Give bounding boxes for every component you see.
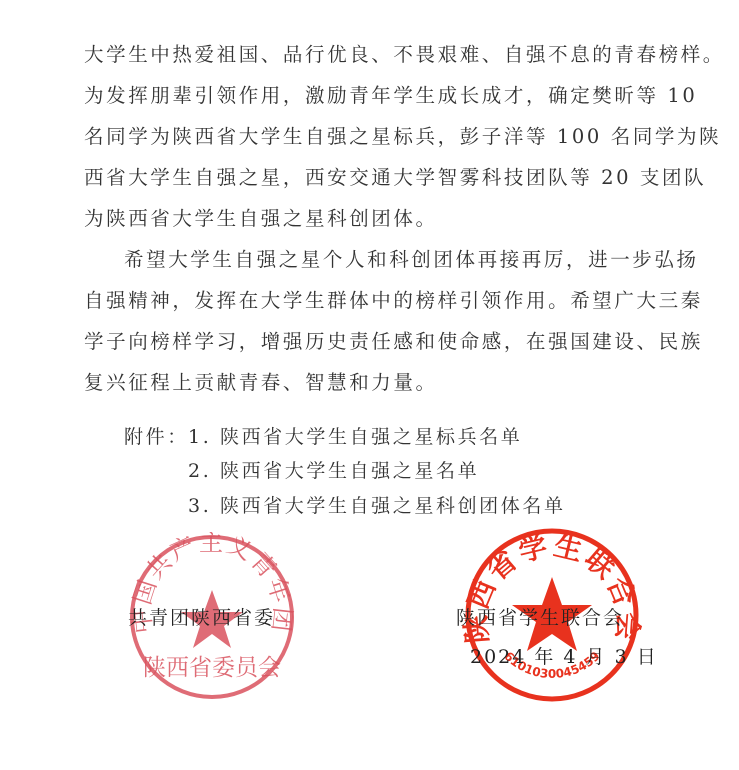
text-line: 西省大学生自强之星，西安交通大学智雾科技团队等 20 支团队 — [84, 165, 706, 191]
signature-date: 2024 年 4 月 3 日 — [470, 645, 658, 669]
text-line: 为陕西省大学生自强之星科创团体。 — [84, 206, 438, 232]
signature-right-org: 陕西省学生联合会 — [456, 606, 624, 630]
attachment-item: 2. 陕西省大学生自强之星名单 — [188, 458, 479, 484]
attachments-label: 附件： — [124, 424, 189, 450]
svg-text:陕西省委员会: 陕西省委员会 — [143, 655, 281, 681]
text-line: 为发挥朋辈引领作用，激励青年学生成长成才，确定樊昕等 10 — [84, 83, 697, 109]
attachment-item: 3. 陕西省大学生自强之星科创团体名单 — [188, 493, 566, 519]
text-line: 学子向榜样学习，增强历史责任感和使命感，在强国建设、民族 — [84, 329, 703, 355]
text-line: 名同学为陕西省大学生自强之星标兵，彭子洋等 100 名同学为陕 — [84, 124, 721, 150]
text-line: 大学生中热爱祖国、品行优良、不畏艰难、自强不息的青春榜样。 — [84, 42, 725, 68]
attachment-item: 1. 陕西省大学生自强之星标兵名单 — [188, 424, 522, 450]
text-line: 复兴征程上贡献青春、智慧和力量。 — [84, 370, 438, 396]
text-line: 希望大学生自强之星个人和科创团体再接再厉，进一步弘扬 — [124, 247, 699, 273]
signature-left-org: 共青团陕西省委 — [128, 606, 275, 630]
text-line: 自强精神，发挥在大学生群体中的榜样引领作用。希望广大三秦 — [84, 288, 703, 314]
